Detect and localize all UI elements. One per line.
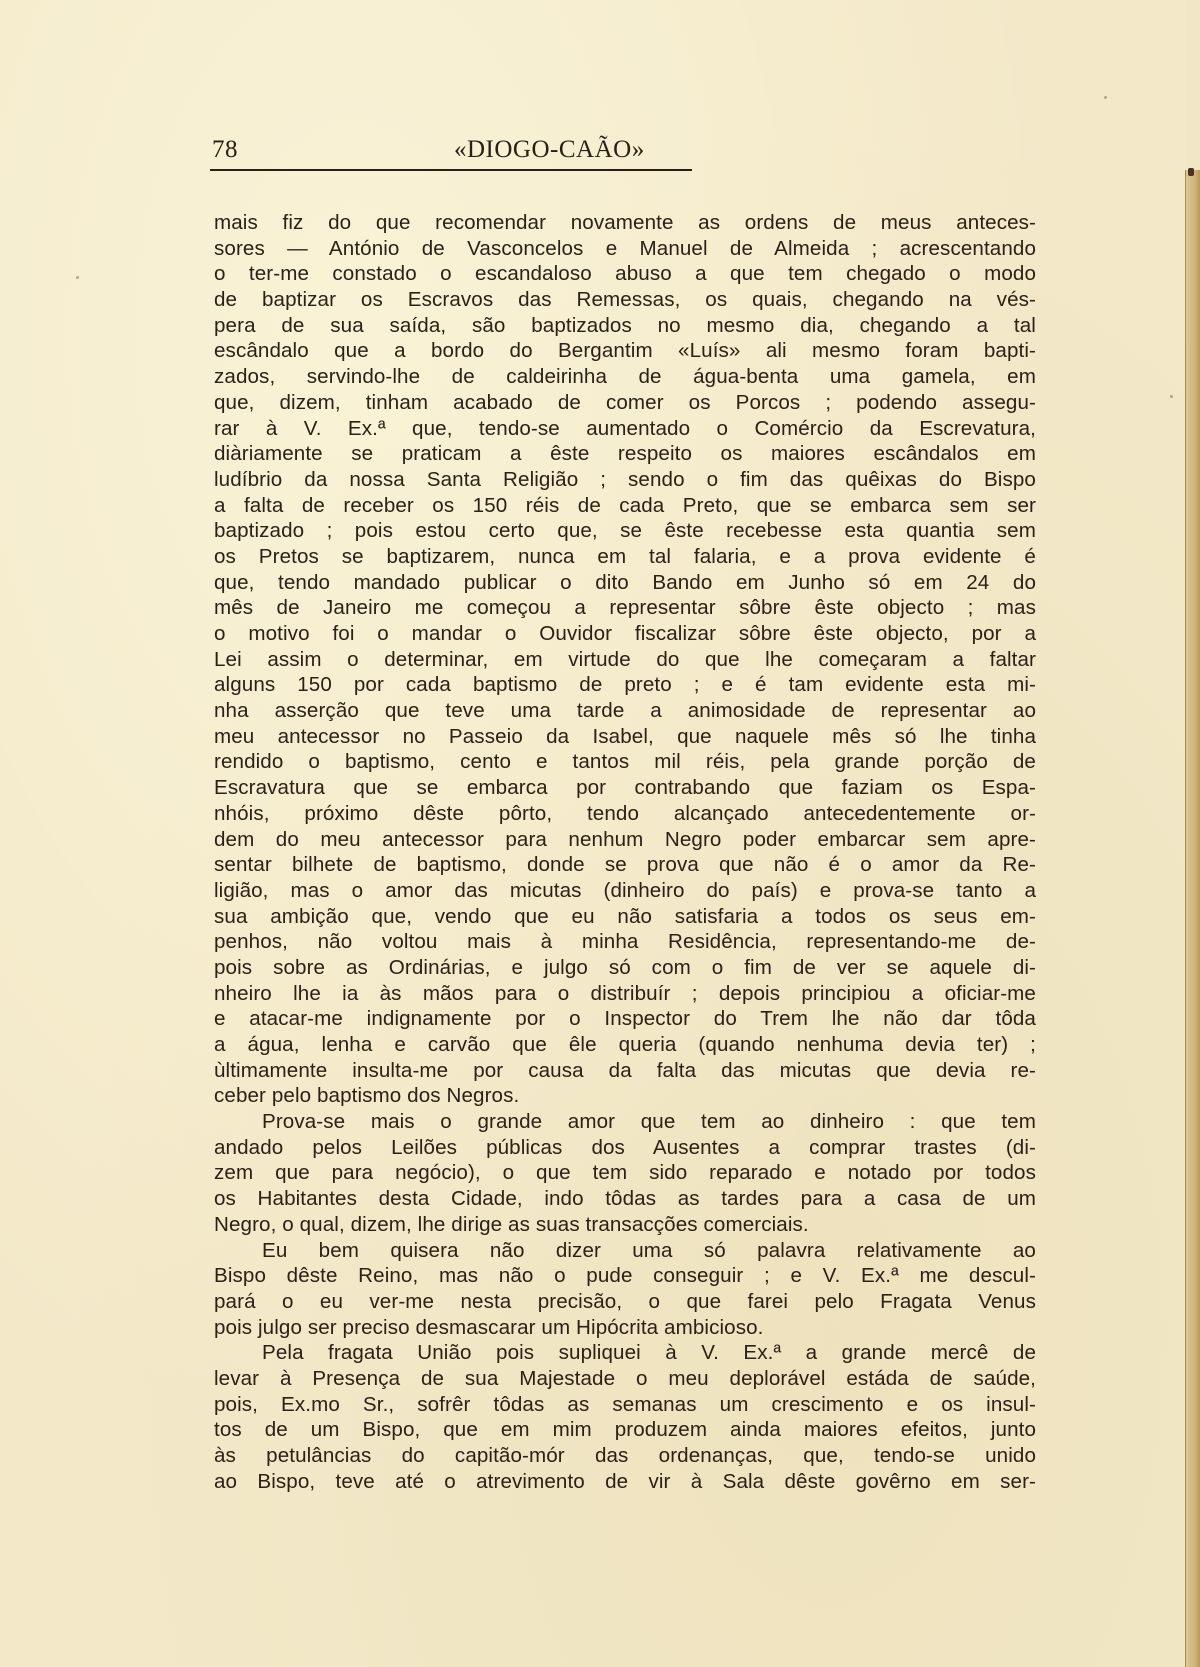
- page-edge-mark: [1188, 168, 1194, 176]
- text-line: nheiro lhe ia às mãos para o distribuír …: [214, 981, 1036, 1007]
- text-line: rendido o baptismo, cento e tantos mil r…: [214, 749, 1036, 775]
- text-line: ligião, mas o amor das micutas (dinheiro…: [214, 878, 1036, 904]
- text-line-paragraph-start: Eu bem quisera não dizer uma só palavra …: [214, 1238, 1036, 1264]
- text-line: o motivo foi o mandar o Ouvidor fiscaliz…: [214, 621, 1036, 647]
- running-head: 78 «DIOGO-CAÃO»: [212, 136, 692, 168]
- text-line: os Pretos se baptizarem, nunca em tal fa…: [214, 544, 1036, 570]
- text-line: a falta de receber os 150 réis de cada P…: [214, 493, 1036, 519]
- text-line: Bispo dêste Reino, mas não o pude conseg…: [214, 1263, 1036, 1289]
- text-line: andado pelos Leilões públicas dos Ausent…: [214, 1135, 1036, 1161]
- text-line: diàriamente se praticam a êste respeito …: [214, 441, 1036, 467]
- text-line: levar à Presença de sua Majestade o meu …: [214, 1366, 1036, 1392]
- text-line: ao Bispo, teve até o atrevimento de vir …: [214, 1469, 1036, 1495]
- text-line-paragraph-start: Pela fragata União pois supliquei à V. E…: [214, 1340, 1036, 1366]
- text-line-paragraph-end: ceber pelo baptismo dos Negros.: [214, 1083, 1036, 1109]
- text-line: pois sobre as Ordinárias, e julgo só com…: [214, 955, 1036, 981]
- text-line: Lei assim o determinar, em virtude do qu…: [214, 647, 1036, 673]
- running-title: «DIOGO-CAÃO»: [454, 136, 645, 164]
- text-line: pará o eu ver-me nesta precisão, o que f…: [214, 1289, 1036, 1315]
- text-line: dem do meu antecessor para nenhum Negro …: [214, 827, 1036, 853]
- text-line: zados, servindo-lhe de caldeirinha de ág…: [214, 364, 1036, 390]
- text-line: rar à V. Ex.ª que, tendo-se aumentado o …: [214, 416, 1036, 442]
- page-edge: [1185, 170, 1200, 1667]
- text-line: alguns 150 por cada baptismo de preto ; …: [214, 672, 1036, 698]
- text-line: os Habitantes desta Cidade, indo tôdas a…: [214, 1186, 1036, 1212]
- text-line: às petulâncias do capitão-mór das ordena…: [214, 1443, 1036, 1469]
- header-rule: [210, 169, 692, 171]
- text-line: e atacar-me indignamente por o Inspector…: [214, 1006, 1036, 1032]
- text-line: pera de sua saída, são baptizados no mes…: [214, 313, 1036, 339]
- text-line-paragraph-end: pois julgo ser preciso desmascarar um Hi…: [214, 1315, 1036, 1341]
- text-line: tos de um Bispo, que em mim produzem ain…: [214, 1417, 1036, 1443]
- document-page: 78 «DIOGO-CAÃO» mais fiz do que recomend…: [0, 0, 1186, 1667]
- text-line: ludíbrio da nossa Santa Religião ; sendo…: [214, 467, 1036, 493]
- text-line: penhos, não voltou mais à minha Residênc…: [214, 929, 1036, 955]
- page-number: 78: [212, 136, 238, 164]
- text-line: nhóis, próximo dêste pôrto, tendo alcanç…: [214, 801, 1036, 827]
- text-line: meu antecessor no Passeio da Isabel, que…: [214, 724, 1036, 750]
- text-line-paragraph-end: Negro, o qual, dizem, lhe dirige as suas…: [214, 1212, 1036, 1238]
- text-line: escândalo que a bordo do Bergantim «Luís…: [214, 338, 1036, 364]
- text-line-paragraph-start: Prova-se mais o grande amor que tem ao d…: [214, 1109, 1036, 1135]
- text-line: mais fiz do que recomendar novamente as …: [214, 210, 1036, 236]
- text-line: pois, Ex.mo Sr., sofrêr tôdas as semanas…: [214, 1392, 1036, 1418]
- text-line: sentar bilhete de baptismo, donde se pro…: [214, 852, 1036, 878]
- text-line: sua ambição que, vendo que eu não satisf…: [214, 904, 1036, 930]
- text-line: zem que para negócio), o que tem sido re…: [214, 1160, 1036, 1186]
- text-line: mês de Janeiro me começou a representar …: [214, 595, 1036, 621]
- text-line: baptizado ; pois estou certo que, se êst…: [214, 518, 1036, 544]
- paper-speck: [1170, 395, 1173, 398]
- text-line: o ter-me constado o escandaloso abuso a …: [214, 261, 1036, 287]
- text-line: que, dizem, tinham acabado de comer os P…: [214, 390, 1036, 416]
- text-line: a água, lenha e carvão que êle queria (q…: [214, 1032, 1036, 1058]
- text-line: que, tendo mandado publicar o dito Bando…: [214, 570, 1036, 596]
- paper-speck: [1104, 96, 1107, 99]
- body-text: mais fiz do que recomendar novamente as …: [214, 210, 1036, 1494]
- text-line: ùltimamente insulta-me por causa da falt…: [214, 1058, 1036, 1084]
- text-line: de baptizar os Escravos das Remessas, os…: [214, 287, 1036, 313]
- paper-speck: [76, 276, 79, 279]
- text-line: Escravatura que se embarca por contraban…: [214, 775, 1036, 801]
- text-line: sores — António de Vasconcelos e Manuel …: [214, 236, 1036, 262]
- text-line: nha asserção que teve uma tarde a animos…: [214, 698, 1036, 724]
